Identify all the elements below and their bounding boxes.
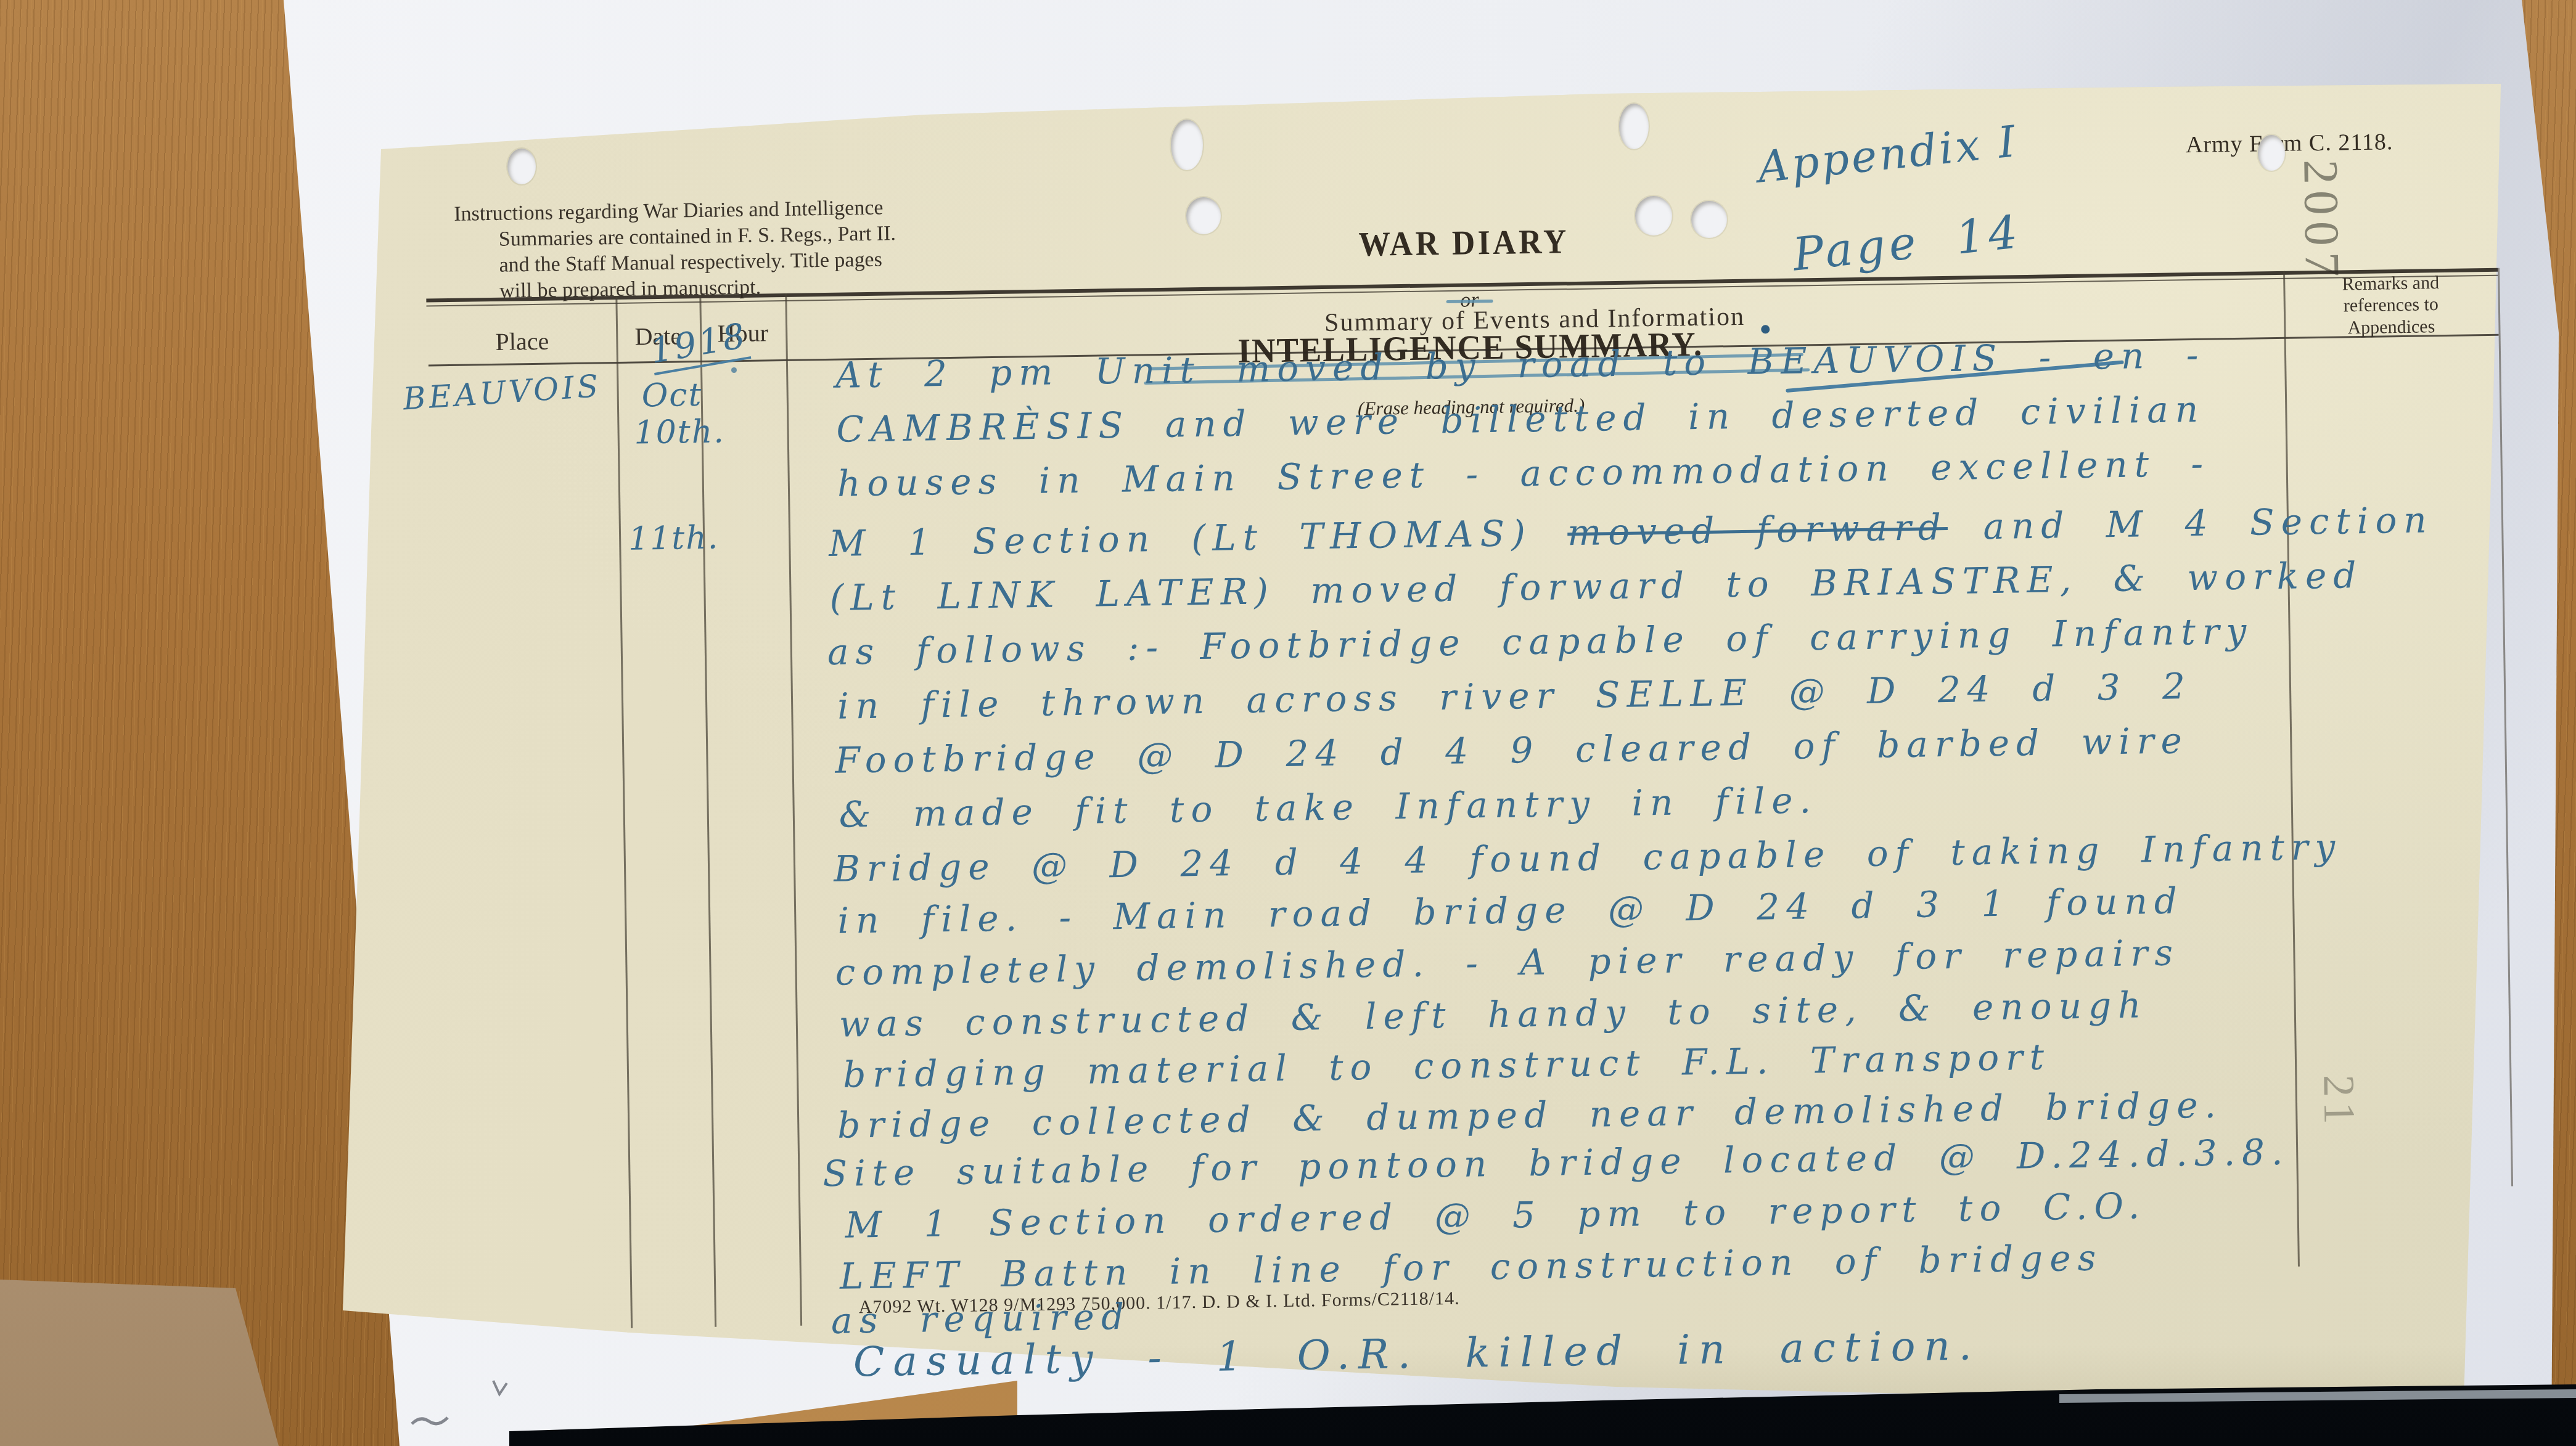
archive-stamp-2007: 2007 [2292,159,2350,283]
punch-hole [1691,201,1727,238]
diary-line: as follows :- Footbridge capable of carr… [827,610,2253,673]
diary-line: M 1 Section ordered @ 5 pm to report to … [845,1185,2146,1246]
date-entry: Oct [641,377,703,414]
form-title: WAR DIARY [1294,221,1635,265]
diary-line: was constructed & left handy to site, & … [839,984,2148,1045]
diary-line: LEFT Battn in line for construction of b… [839,1236,2102,1297]
diary-line: houses in Main Street - accommodation ex… [837,443,2210,505]
form-number: Army Form C. 2118. [2186,128,2393,158]
diary-form-content: Army Form C. 2118. 2007 21 Instructions … [344,55,2540,1424]
page-annotation: Page 14 [1790,205,2024,281]
remarks-header-line: Appendices [2284,314,2498,340]
pencil-v-mark [493,1381,507,1394]
punch-hole [2258,135,2285,171]
diary-line: bridging material to construct F.L. Tran… [843,1036,2051,1096]
diary-line: (Lt LINK LATER) moved forward to BRIASTR… [829,554,2363,619]
column-divider-summary-remarks [2283,271,2300,1267]
date-entry: 11th. [628,520,720,558]
struck-text: moved forward [1567,506,1948,553]
column-divider-place-date [615,296,633,1328]
ink-dot [731,367,737,373]
instructions-block: Instructions regarding War Diaries and I… [454,193,1022,305]
diary-line: in file. - Main road bridge @ D 24 d 3 1… [837,880,2184,941]
diary-line-segment: and M 4 Section [1947,499,2434,548]
punch-hole [1186,197,1221,234]
col-header-remarks: Remarks and references to Appendices [2283,271,2499,340]
appendix-annotation: Appendix I [1755,116,2020,193]
diary-line: M 1 Section (Lt THOMAS) moved forward an… [829,499,2434,565]
diary-line: in file thrown across river SELLE @ D 24… [837,665,2192,727]
punch-hole [1171,120,1203,170]
place-entry: BEAUVOIS [402,368,602,417]
punch-hole [1619,104,1649,149]
col-header-place: Place [428,325,617,357]
archive-stamp-21: 21 [2313,1074,2365,1129]
column-divider-hour-summary [785,293,802,1326]
photo-of-war-diary-page: { "palette":{"paper":"#e6e0c5","print_in… [0,0,2576,1446]
remarks-header-line: Remarks and [2283,271,2498,296]
diary-line-segment: M 1 Section (Lt THOMAS) [829,512,1568,565]
date-entry: 10th. [634,413,725,451]
diary-line: & made fit to take Infantry in file. [839,779,1818,836]
remarks-header-line: references to [2284,293,2498,318]
punch-hole [507,149,536,184]
diary-line: Footbridge @ D 24 d 4 9 cleared of barbe… [835,719,2189,782]
table-right-rule [2498,268,2513,1187]
pencil-squiggle [412,1418,448,1424]
punch-hole [1635,196,1672,235]
diary-line: completely demolished. - A pier ready fo… [835,931,2180,993]
